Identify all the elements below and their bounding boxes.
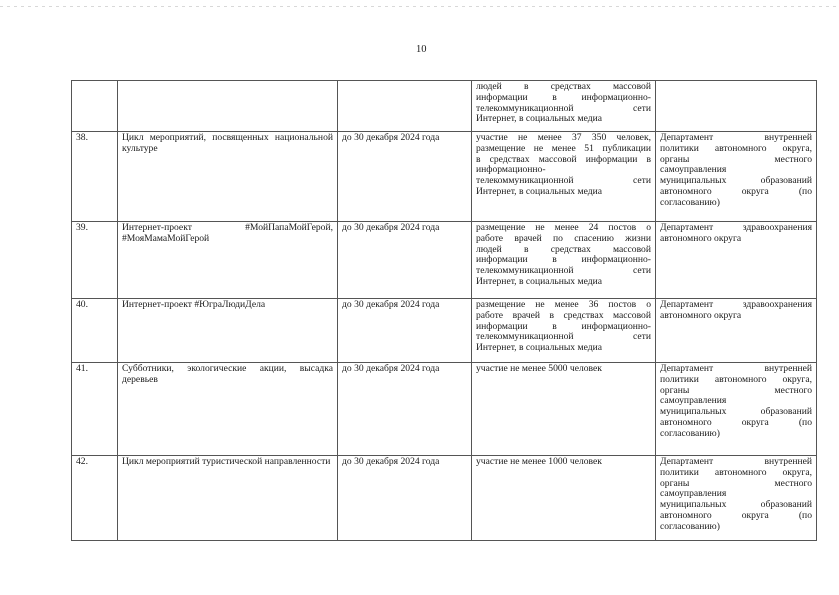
table-row: людей в средствах массовойинформации в и… bbox=[72, 81, 817, 132]
row-number: 40. bbox=[72, 299, 118, 363]
expected-result: людей в средствах массовойинформации в и… bbox=[472, 81, 656, 132]
deadline: до 30 декабря 2024 года bbox=[338, 222, 472, 299]
expected-result: размещение не менее 24 постов оработе вр… bbox=[472, 222, 656, 299]
row-number: 41. bbox=[72, 363, 118, 456]
scan-artifact-line bbox=[0, 6, 839, 7]
text-line: Интернет, в социальных медиа bbox=[476, 187, 651, 198]
row-number: 38. bbox=[72, 132, 118, 222]
row-number: 42. bbox=[72, 456, 118, 541]
text-line: информации в информационно- bbox=[476, 93, 651, 104]
text-line: политики автономного округа, bbox=[660, 144, 812, 155]
responsible-party bbox=[656, 81, 817, 132]
text-line: политики автономного округа, bbox=[660, 375, 812, 386]
expected-result: участие не менее 5000 человек bbox=[472, 363, 656, 456]
deadline: до 30 декабря 2024 года bbox=[338, 132, 472, 222]
text-line: работе врачей в средствах массовой bbox=[476, 311, 651, 322]
text-line: Интернет, в социальных медиа bbox=[476, 277, 651, 288]
text-line: автономного округа bbox=[660, 234, 812, 245]
table-row: 40. Интернет-проект #ЮграЛюдиДела до 30 … bbox=[72, 299, 817, 363]
deadline: до 30 декабря 2024 года bbox=[338, 299, 472, 363]
event-title: Цикл мероприятий туристической направлен… bbox=[118, 456, 338, 541]
event-title: Интернет-проект #МойПапаМойГерой, #МояМа… bbox=[118, 222, 338, 299]
text-line: согласованию) bbox=[660, 429, 812, 440]
expected-result: участие не менее 1000 человек bbox=[472, 456, 656, 541]
page-number: 10 bbox=[416, 44, 427, 55]
text-line: согласованию) bbox=[660, 198, 812, 209]
responsible-party: Департамент внутреннейполитики автономно… bbox=[656, 456, 817, 541]
table-row: 42. Цикл мероприятий туристической напра… bbox=[72, 456, 817, 541]
deadline bbox=[338, 81, 472, 132]
text-line: участие не менее 1000 человек bbox=[476, 457, 651, 468]
text-line: размещение не менее 51 публикации bbox=[476, 144, 651, 155]
text-line: работе врачей по спасению жизни bbox=[476, 234, 651, 245]
deadline: до 30 декабря 2024 года bbox=[338, 456, 472, 541]
responsible-party: Департамент внутреннейполитики автономно… bbox=[656, 363, 817, 456]
responsible-party: Департамент здравоохраненияавтономного о… bbox=[656, 299, 817, 363]
expected-result: размещение не менее 36 постов оработе вр… bbox=[472, 299, 656, 363]
row-number: 39. bbox=[72, 222, 118, 299]
deadline: до 30 декабря 2024 года bbox=[338, 363, 472, 456]
text-line: политики автономного округа, bbox=[660, 468, 812, 479]
event-title bbox=[118, 81, 338, 132]
text-line: согласованию) bbox=[660, 522, 812, 533]
text-line: Интернет, в социальных медиа bbox=[476, 114, 651, 125]
expected-result: участие не менее 37 350 человек,размещен… bbox=[472, 132, 656, 222]
row-number bbox=[72, 81, 118, 132]
responsible-party: Департамент внутреннейполитики автономно… bbox=[656, 132, 817, 222]
text-line: автономного округа bbox=[660, 311, 812, 322]
event-title: Субботники, экологические акции, высадка… bbox=[118, 363, 338, 456]
event-title: Цикл мероприятий, посвященных национальн… bbox=[118, 132, 338, 222]
text-line: участие не менее 5000 человек bbox=[476, 364, 651, 375]
table-row: 41. Субботники, экологические акции, выс… bbox=[72, 363, 817, 456]
table-row: 39. Интернет-проект #МойПапаМойГерой, #М… bbox=[72, 222, 817, 299]
event-title: Интернет-проект #ЮграЛюдиДела bbox=[118, 299, 338, 363]
responsible-party: Департамент здравоохраненияавтономного о… bbox=[656, 222, 817, 299]
events-table: людей в средствах массовойинформации в и… bbox=[71, 80, 817, 541]
table-row: 38. Цикл мероприятий, посвященных национ… bbox=[72, 132, 817, 222]
text-line: Интернет, в социальных медиа bbox=[476, 343, 651, 354]
